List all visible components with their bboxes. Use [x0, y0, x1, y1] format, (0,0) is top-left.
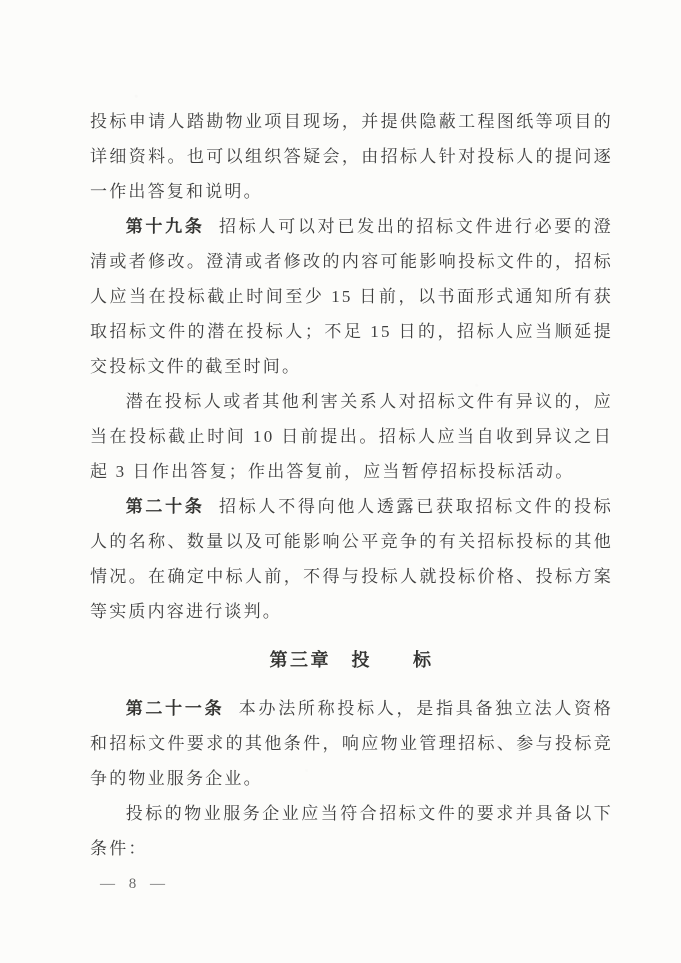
chapter-heading: 第三章 投 标	[90, 643, 613, 678]
paragraph-text: 投标申请人踏勘物业项目现场，并提供隐蔽工程图纸等项目的详细资料。也可以组织答疑会…	[90, 112, 613, 201]
article-number: 第二十条	[126, 497, 205, 516]
paragraph: 第十九条招标人可以对已发出的招标文件进行必要的澄清或者修改。澄清或者修改的内容可…	[90, 209, 613, 384]
paragraph-text: 潜在投标人或者其他利害关系人对招标文件有异议的，应当在投标截止时间 10 日前提…	[90, 392, 613, 481]
paragraph-text: 投标的物业服务企业应当符合招标文件的要求并具备以下条件：	[90, 804, 613, 858]
paragraph: 投标的物业服务企业应当符合招标文件的要求并具备以下条件：	[90, 796, 613, 866]
paragraph: 第二十一条本办法所称投标人，是指具备独立法人资格和招标文件要求的其他条件，响应物…	[90, 691, 613, 796]
document-page: 投标申请人踏勘物业项目现场，并提供隐蔽工程图纸等项目的详细资料。也可以组织答疑会…	[0, 0, 681, 963]
paragraph: 第二十条招标人不得向他人透露已获取招标文件的投标人的名称、数量以及可能影响公平竞…	[90, 489, 613, 629]
paragraph: 投标申请人踏勘物业项目现场，并提供隐蔽工程图纸等项目的详细资料。也可以组织答疑会…	[90, 104, 613, 209]
page-number: — 8 —	[100, 876, 613, 893]
paragraph: 潜在投标人或者其他利害关系人对招标文件有异议的，应当在投标截止时间 10 日前提…	[90, 384, 613, 489]
article-number: 第十九条	[126, 217, 205, 236]
article-number: 第二十一条	[126, 699, 225, 718]
paragraph-text: 招标人可以对已发出的招标文件进行必要的澄清或者修改。澄清或者修改的内容可能影响投…	[90, 217, 613, 376]
